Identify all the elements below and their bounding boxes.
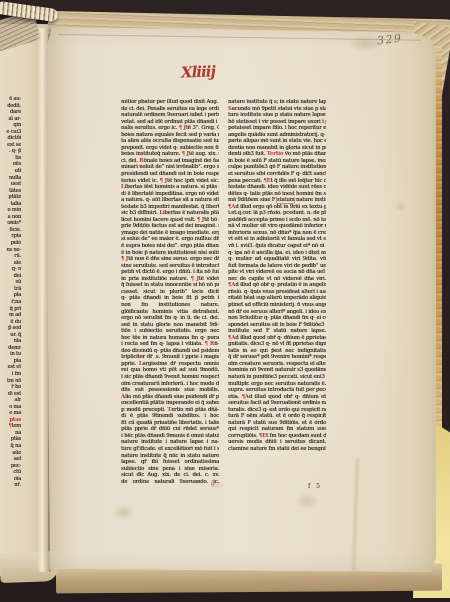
text-line: nature institute q̄ s; in statu nature l…: [228, 99, 326, 106]
text-line: ritatē hēat sup alterū imperādo aliquid …: [228, 295, 326, 302]
text-line: denti oīb3 fuit. Tertio v̄o mō ptās dn̄a…: [228, 151, 326, 158]
page-top-crease: [58, 34, 421, 41]
text-line: dn̄s suē possessionis siue mobilis.: [121, 387, 219, 394]
text-line: nā vl̄ mulier sit viro quodāmō inferior …: [228, 223, 326, 230]
text-line: presidendi uel dn̄andi est in boie respe…: [121, 171, 219, 178]
text-line: petm̄ vt dictū ē. ergo i dn̄iū. i ita nō…: [121, 269, 219, 276]
facing-page-text-fragments: ē au-dedit.dareal̄ ar-qine cui3dictōiest…: [0, 96, 21, 489]
text-line: ei seruitus sibi corrn̄dēs F q- dic̄t sa…: [228, 171, 326, 178]
text-line: qui respicit naturam fm statum sue: [228, 426, 326, 433]
text-line: ē supra boies nisi dei°. ergo ptās dn̄an…: [121, 243, 219, 250]
text-line: tripliciter dr̄ .s. 9munit̄ i pprie i ma…: [121, 354, 219, 361]
text-line: ctamine nature fm statū dei ee bengnitud…: [228, 446, 326, 453]
text-line: non fm institutiones nature.: [121, 302, 219, 309]
recto-page: 329 Xliiij mitior pbatur per illud quod …: [46, 27, 436, 572]
text-line: seruitus facit ad 9seruationē ordinis na…: [228, 400, 326, 407]
text-line: ptinet ad officiū ministerij. n̄ vnus an…: [228, 302, 326, 309]
text-line: q̄ dr̄ seruus* pōt 9venire homini* respe…: [228, 354, 326, 361]
text-line: mitior pbatur per illud quod dixit Aug. …: [121, 99, 219, 106]
text-line: i sic ptās dn̄andi 9venit homini respect…: [121, 374, 219, 381]
text-line: tiōe i subiectio seruitutis. ergo nec: [121, 328, 219, 335]
text-line: naturā in punitiōe3 peccati. sicut eni3 …: [228, 374, 326, 381]
photograph-of-incunable-opening: ē au-dedit.dareal̄ ar-qine cui3dictōiest…: [0, 0, 450, 602]
text-line: gnitatis. dice3 q- nō vl̄ fit pprietas d…: [228, 341, 326, 348]
text-line: de ordine naturali 9seruando. ic.: [121, 479, 219, 486]
text-line: testate dn̄andi. ideo vidēde sunt rōes o…: [228, 184, 326, 191]
text-line: lapse. qr̄ ibi fuisset ordinatissima: [121, 459, 219, 466]
text-line: ture institute siue p statu nature lapse…: [228, 112, 326, 119]
text-line: boies instituteq̄ nature. ¶ Jtē aug. xix…: [121, 151, 219, 158]
water-stain: [352, 458, 359, 572]
text-line: mā 9ditōem siue F statum nature institut…: [228, 197, 326, 204]
text-line: a natura. q- aūt libertas sit a natura s…: [121, 197, 219, 204]
text-line: rei qua homo vti pōt ad suū 9modū.: [121, 367, 219, 374]
text-line: parte aliquo mō sunt in statu vie. hoc e…: [228, 138, 326, 145]
quire-signature-mark: f 5: [308, 483, 322, 490]
text-line: q- ptās dn̄andi in boie fit p̄ petm̄ i: [121, 295, 219, 302]
red-intercolumn-mark: ij: [211, 480, 215, 487]
text-line: i recta sed fm q- lapsa i vitiata. ¶ Rn̄…: [121, 341, 219, 348]
chapter-heading-rubric: Xliiij: [181, 62, 215, 81]
text-line: ergo nō seruibit̄ fm q- in li. de ci. de…: [121, 315, 219, 322]
text-line: pite vt viri videreē ee socia nō dn̄a ue…: [228, 269, 326, 276]
text-line: di ē ptās 9tinendi subditos. i hoc: [121, 413, 219, 420]
text-line: vn̄ i. xvii3. q̄uis dicatur caput ei* nō…: [228, 243, 326, 250]
text-line: ¶ Jtē non ē dn̄s sine seruo. ergo nec dn…: [121, 256, 219, 263]
text-line: naturalē ordinem 9seruari iubet i pertur…: [121, 112, 219, 119]
text-line: potuisset impare filio. i hoc reperitur …: [228, 125, 326, 132]
text-line: turā F oēm statū. et ē ordo q̄ respicit: [228, 413, 326, 420]
text-line: ptās pprie dr̄ dn̄iū cui rn̄det seruus*: [121, 426, 219, 433]
text-column-right: nature institute q̄ s; in statu nature l…: [228, 99, 326, 453]
text-line: sic b3 diffiniri. Libertas ē naturalis p…: [121, 210, 219, 217]
text-line: Libertas iēst hominis a natura. si ptās …: [121, 184, 219, 191]
text-line: hominis nō 9venit naturalr s3 quodāmō p̄…: [228, 367, 326, 374]
text-line: non 9cluditur q- ptās dn̄andi fm q- ei c…: [228, 315, 326, 322]
text-line: q- mulier ad equalitatē viri 9dita. vn̄: [228, 256, 326, 263]
text-line: q̄ fuisset in statu innocentie si hō nō …: [121, 282, 219, 289]
text-line: ta alios aliis occulta dispensatio sed i…: [121, 138, 219, 145]
text-line: ¶Ad illud qō obr̄ q- prelatio ē in angel…: [228, 282, 326, 289]
text-line: i.et.q.cor. iā p3 rn̄sio. pcedunt. n. de…: [228, 210, 326, 217]
handwritten-folio-number: 329: [376, 31, 403, 47]
text-line: institute sed F statū nature lapse.: [228, 328, 326, 335]
text-column-left: mitior pbatur per illud quod dixit Aug. …: [121, 99, 219, 485]
text-line: nalis seruitus. ergo ic. ¶ Jtē 3°. Greg.…: [121, 125, 219, 132]
text-line: sicut dīc Aug. xix. de ci. dei. c. xv.: [121, 472, 219, 479]
text-line: ture gl'ificate. et excellētiori mō fuit…: [121, 446, 219, 453]
text-line: prīe 9ditōis factus est ad dei imaginē. …: [121, 223, 219, 230]
text-line: nr̄.: [0, 482, 21, 489]
